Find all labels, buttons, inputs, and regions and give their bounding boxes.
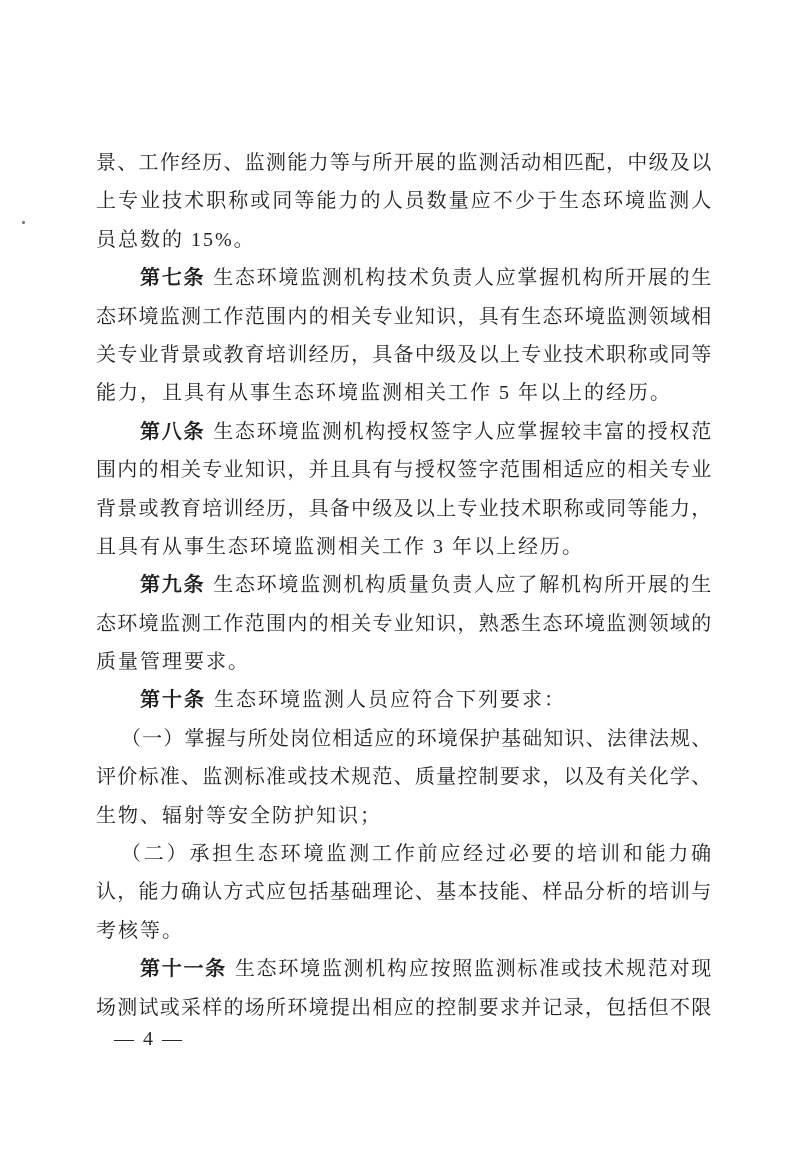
page-number: — 4 — [114,1028,184,1051]
text-line: 第七条生态环境监测机构技术负责人应掌握机构所开展的生 [96,259,712,297]
text-line: 员总数的 15%。 [96,221,712,259]
text-line: 背景或教育培训经历，具备中级及以上专业技术职称或同等能力， [96,490,712,528]
document-page: 景、工作经历、监测能力等与所开展的监测活动相匹配，中级及以上专业技术职称或同等能… [0,0,800,1155]
scan-speck-artifact [22,221,25,224]
text-line: 能力，且具有从事生态环境监测相关工作 5 年以上的经历。 [96,374,712,412]
text-line: 场测试或采样的场所环境提出相应的控制要求并记录，包括但不限 [96,989,712,1027]
text-line: 生物、辐射等安全防护知识； [96,797,712,835]
article-number: 第十条 [140,689,206,711]
article-number: 第九条 [140,574,205,596]
text-line: 认，能力确认方式应包括基础理论、基本技能、样品分析的培训与 [96,873,712,911]
text-line: 态环境监测工作范围内的相关专业知识，熟悉生态环境监测领域的 [96,605,712,643]
text-line: 考核等。 [96,912,712,950]
text-line: （二）承担生态环境监测工作前应经过必要的培训和能力确 [96,835,712,873]
text-line: 围内的相关专业知识，并且具有与授权签字范围相适应的相关专业 [96,451,712,489]
article-number: 第七条 [140,267,205,289]
text-line: （一）掌握与所处岗位相适应的环境保护基础知识、法律法规、 [96,720,712,758]
article-number: 第十一条 [140,958,227,980]
text-line: 第八条生态环境监测机构授权签字人应掌握较丰富的授权范 [96,413,712,451]
text-line: 第九条生态环境监测机构质量负责人应了解机构所开展的生 [96,566,712,604]
text-line: 态环境监测工作范围内的相关专业知识，具有生态环境监测领域相 [96,298,712,336]
text-line: 评价标准、监测标准或技术规范、质量控制要求，以及有关化学、 [96,758,712,796]
article-number: 第八条 [140,421,205,443]
text-line: 上专业技术职称或同等能力的人员数量应不少于生态环境监测人 [96,182,712,220]
text-line: 关专业背景或教育培训经历，具备中级及以上专业技术职称或同等 [96,336,712,374]
text-line: 第十条生态环境监测人员应符合下列要求： [96,681,712,719]
text-line: 第十一条生态环境监测机构应按照监测标准或技术规范对现 [96,950,712,988]
text-line: 且具有从事生态环境监测相关工作 3 年以上经历。 [96,528,712,566]
text-line: 质量管理要求。 [96,643,712,681]
text-line: 景、工作经历、监测能力等与所开展的监测活动相匹配，中级及以 [96,144,712,182]
document-body: 景、工作经历、监测能力等与所开展的监测活动相匹配，中级及以上专业技术职称或同等能… [96,144,712,1027]
